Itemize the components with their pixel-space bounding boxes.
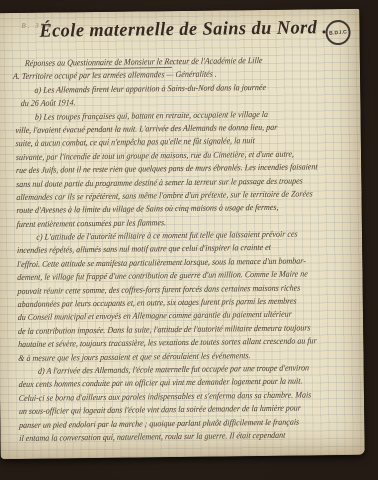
- library-stamp-text: B.D.I.C: [329, 29, 347, 36]
- manuscript-line: il entama la conversation qui, naturelle…: [16, 428, 331, 445]
- page-title: École maternelle de Sains du Nord .: [39, 17, 308, 42]
- manuscript-body: Réponses au Questionnaire de Monsieur le…: [12, 53, 355, 445]
- library-stamp-icon: B.D.I.C: [325, 19, 352, 46]
- manuscript-page: B. 394 École maternelle de Sains du Nord…: [0, 9, 365, 459]
